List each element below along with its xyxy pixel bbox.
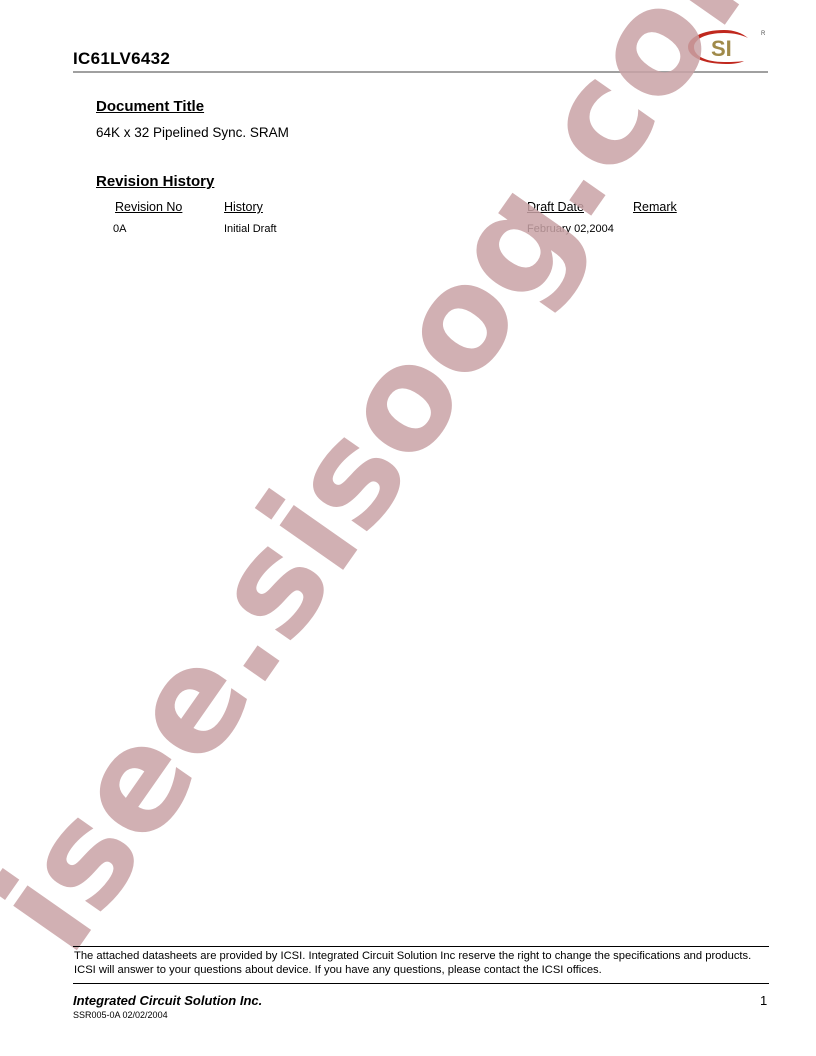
disclaimer-text: The attached datasheets are provided by … bbox=[74, 949, 774, 977]
disclaimer-top-rule bbox=[73, 946, 769, 947]
company-name: Integrated Circuit Solution Inc. bbox=[73, 993, 262, 1008]
page-number: 1 bbox=[760, 993, 767, 1008]
cell-draft-date: February 02,2004 bbox=[527, 223, 614, 235]
icsi-logo-icon: SI R bbox=[684, 26, 770, 68]
svg-text:R: R bbox=[761, 31, 766, 37]
cell-revision-no: 0A bbox=[113, 223, 126, 235]
part-number: IC61LV6432 bbox=[73, 49, 170, 69]
disclaimer-bottom-rule bbox=[73, 983, 769, 984]
svg-text:SI: SI bbox=[711, 36, 732, 61]
column-header-history: History bbox=[224, 200, 263, 214]
revision-history-heading: Revision History bbox=[96, 173, 214, 190]
header-rule bbox=[73, 71, 768, 73]
document-title-heading: Document Title bbox=[96, 98, 204, 115]
column-header-remark: Remark bbox=[633, 200, 677, 214]
watermark: isee.sisoog.com bbox=[0, 0, 816, 1056]
cell-history: Initial Draft bbox=[224, 223, 277, 235]
document-code: SSR005-0A 02/02/2004 bbox=[73, 1010, 168, 1020]
svg-text:isee.sisoog.com: isee.sisoog.com bbox=[0, 0, 816, 980]
column-header-draft-date: Draft Date bbox=[527, 200, 584, 214]
datasheet-page: IC61LV6432 SI R Document Title 64K x 32 … bbox=[0, 0, 816, 1056]
document-title-value: 64K x 32 Pipelined Sync. SRAM bbox=[96, 125, 289, 140]
column-header-revision-no: Revision No bbox=[115, 200, 182, 214]
